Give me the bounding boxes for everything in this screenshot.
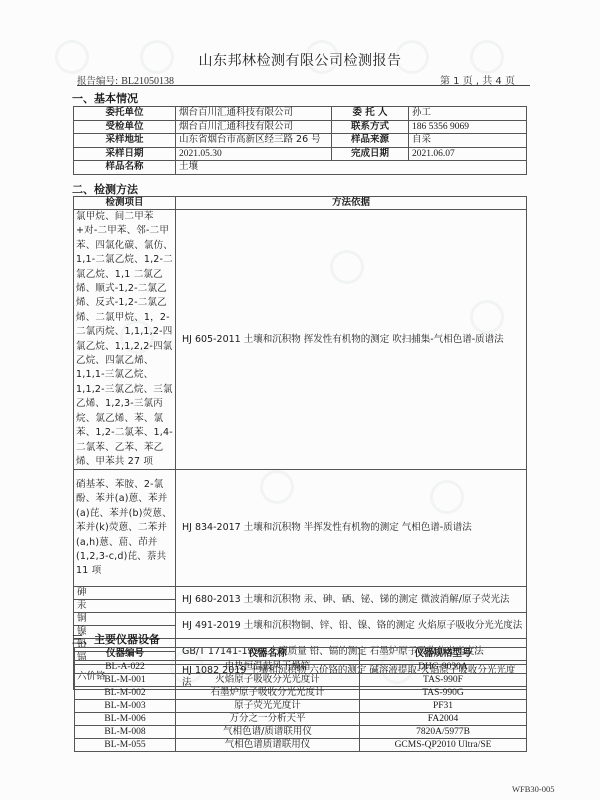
column-header: 方法依据 (176, 197, 527, 210)
field-value: 2021.05.30 (176, 147, 332, 161)
table-row: BL-M-001 火焰原子吸收分光光度计 TAS-990F (75, 674, 527, 687)
equipment-model: DHG-9030A (360, 661, 527, 674)
test-method: HJ 834-2017 土壤和沉积物 半挥发性有机物的测定 气相色谱-质谱法 (176, 470, 527, 587)
header-divider (77, 85, 463, 86)
equipment-name: 气相色谱/质谱联用仪 (176, 726, 360, 739)
test-item-list: 硝基苯、苯胺、2-氯酚、苯并(a)蒽、苯并(a)芘、苯并(b)荧蒽、苯并(k)荧… (74, 470, 176, 587)
table-row: 氯甲烷、间二甲苯+对-二甲苯、邻-二甲苯、四氯化碳、氯仿、1,1-二氯乙烷、1,… (74, 210, 527, 470)
table-row: BL-M-006 万分之一分析天平 FA2004 (75, 713, 527, 726)
test-item: 砷 (74, 587, 176, 600)
header-divider (440, 85, 530, 86)
test-item: 汞 (74, 600, 176, 613)
column-header: 仪器规格型号 (360, 648, 527, 661)
equipment-id: BL-M-055 (75, 739, 176, 752)
test-methods-table: 检测项目 方法依据 氯甲烷、间二甲苯+对-二甲苯、邻-二甲苯、四氯化碳、氯仿、1… (73, 196, 527, 690)
table-row: 采样地址 山东省烟台市高新区经三路 26 号 样品来源 自采 (74, 134, 527, 148)
field-value: 孙工 (409, 107, 527, 121)
test-method: HJ 680-2013 土壤和沉积物 汞、砷、硒、铋、锑的测定 微波消解/原子荧… (176, 587, 527, 613)
equipment-id: BL-M-006 (75, 713, 176, 726)
column-header: 仪器名称 (176, 648, 360, 661)
table-row: 采样日期 2021.05.30 完成日期 2021.06.07 (74, 147, 527, 161)
table-row: 硝基苯、苯胺、2-氯酚、苯并(a)蒽、苯并(a)芘、苯并(b)荧蒽、苯并(k)荧… (74, 470, 527, 587)
equipment-name: 火焰原子吸收分光光度计 (176, 674, 360, 687)
equipment-model: TAS-990F (360, 674, 527, 687)
field-value: 烟台百川汇通科技有限公司 (176, 120, 332, 134)
table-header-row: 检测项目 方法依据 (74, 197, 527, 210)
basic-info-table: 委托单位 烟台百川汇通科技有限公司 委 托 人 孙工 受检单位 烟台百川汇通科技… (73, 106, 527, 175)
table-row: 委托单位 烟台百川汇通科技有限公司 委 托 人 孙工 (74, 107, 527, 121)
test-method: HJ 605-2011 土壤和沉积物 挥发性有机物的测定 吹扫捕集-气相色谱-质… (176, 210, 527, 470)
field-label: 样品名称 (74, 161, 176, 175)
section-heading-test-methods: 二、检测方法 (72, 181, 138, 197)
equipment-name: 气相色谱质谱联用仪 (176, 739, 360, 752)
table-row: 铜 HJ 491-2019 土壤和沉积物铜、锌、铅、镍、铬的测定 火焰原子吸收分… (74, 613, 527, 626)
table-row: 受检单位 烟台百川汇通科技有限公司 联系方式 186 5356 9069 (74, 120, 527, 134)
field-label: 采样日期 (74, 147, 176, 161)
report-title: 山东邦林检测有限公司检测报告 (0, 50, 600, 70)
test-method: HJ 491-2019 土壤和沉积物铜、锌、铅、镍、铬的测定 火焰原子吸收分光光… (176, 613, 527, 639)
field-label: 完成日期 (332, 147, 409, 161)
equipment-table: 仪器编号 仪器名称 仪器规格型号 BL-A-022 电热恒温鼓风干燥箱 DHG-… (74, 647, 527, 752)
field-label: 委托单位 (74, 107, 176, 121)
equipment-id: BL-M-003 (75, 700, 176, 713)
field-label: 委 托 人 (332, 107, 409, 121)
report-page: 山东邦林检测有限公司检测报告 报告编号: BL21050138 第 1 页 , … (0, 0, 600, 800)
equipment-model: GCMS-QP2010 Ultra/SE (360, 739, 527, 752)
section-heading-equipment: 三、主要仪器设备 (72, 631, 160, 647)
test-item-list: 氯甲烷、间二甲苯+对-二甲苯、邻-二甲苯、四氯化碳、氯仿、1,1-二氯乙烷、1,… (74, 210, 176, 470)
field-value: 2021.06.07 (409, 147, 527, 161)
equipment-name: 原子荧光光度计 (176, 700, 360, 713)
equipment-model: TAS-990G (360, 687, 527, 700)
equipment-id: BL-A-022 (75, 661, 176, 674)
field-value: 186 5356 9069 (409, 120, 527, 134)
equipment-name: 石墨炉原子吸收分光光度计 (176, 687, 360, 700)
section-heading-basic-info: 一、基本情况 (72, 90, 138, 106)
table-row: 样品名称 土壤 (74, 161, 527, 175)
field-label: 样品来源 (332, 134, 409, 148)
equipment-name: 万分之一分析天平 (176, 713, 360, 726)
field-value: 烟台百川汇通科技有限公司 (176, 107, 332, 121)
equipment-id: BL-M-001 (75, 674, 176, 687)
field-label: 受检单位 (74, 120, 176, 134)
form-code: WFB30-005 (512, 784, 555, 794)
equipment-model: PF31 (360, 700, 527, 713)
equipment-id: BL-M-008 (75, 726, 176, 739)
field-value: 自采 (409, 134, 527, 148)
table-row: BL-M-055 气相色谱质谱联用仪 GCMS-QP2010 Ultra/SE (75, 739, 527, 752)
field-value: 土壤 (176, 161, 527, 175)
table-row: BL-A-022 电热恒温鼓风干燥箱 DHG-9030A (75, 661, 527, 674)
column-header: 检测项目 (74, 197, 176, 210)
table-row: 砷 HJ 680-2013 土壤和沉积物 汞、砷、硒、铋、锑的测定 微波消解/原… (74, 587, 527, 600)
table-row: BL-M-003 原子荧光光度计 PF31 (75, 700, 527, 713)
equipment-model: 7820A/5977B (360, 726, 527, 739)
field-label: 采样地址 (74, 134, 176, 148)
equipment-name: 电热恒温鼓风干燥箱 (176, 661, 360, 674)
field-label: 联系方式 (332, 120, 409, 134)
column-header: 仪器编号 (75, 648, 176, 661)
table-header-row: 仪器编号 仪器名称 仪器规格型号 (75, 648, 527, 661)
table-row: BL-M-008 气相色谱/质谱联用仪 7820A/5977B (75, 726, 527, 739)
table-row: BL-M-002 石墨炉原子吸收分光光度计 TAS-990G (75, 687, 527, 700)
equipment-id: BL-M-002 (75, 687, 176, 700)
test-item: 铜 (74, 613, 176, 626)
equipment-model: FA2004 (360, 713, 527, 726)
field-value: 山东省烟台市高新区经三路 26 号 (176, 134, 332, 148)
